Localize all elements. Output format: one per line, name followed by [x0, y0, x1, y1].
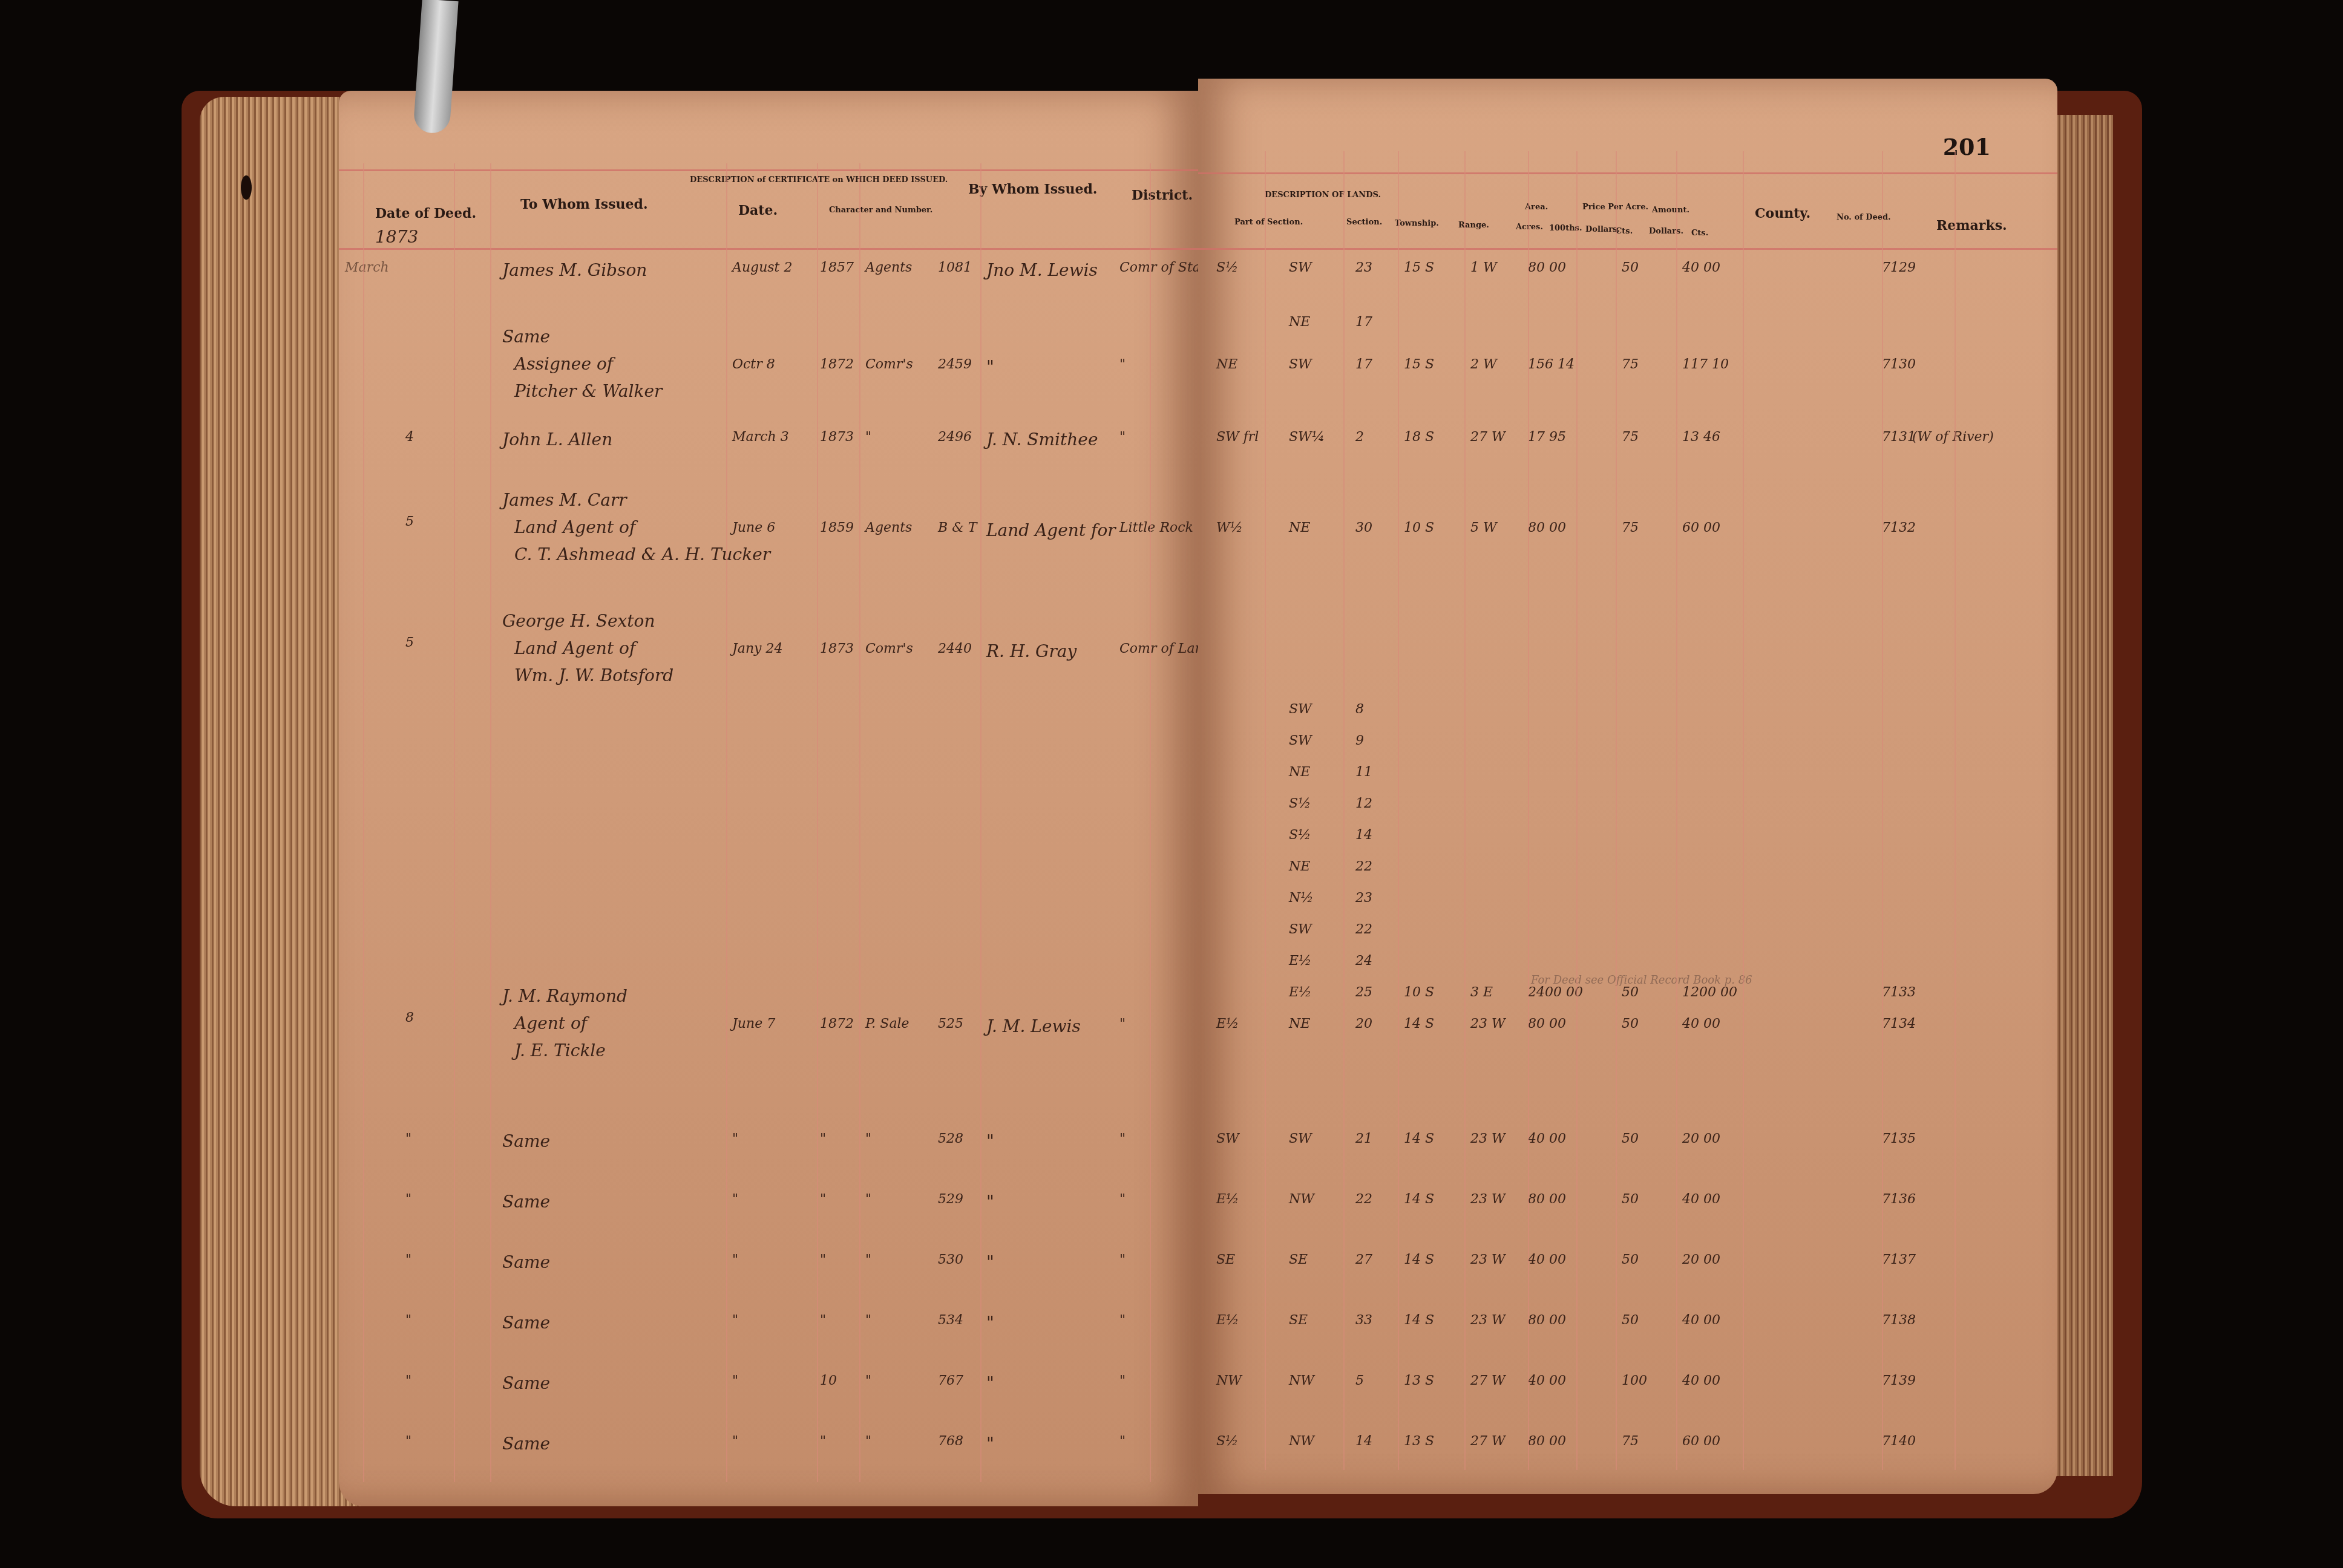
entry-cert-character: " — [865, 1252, 871, 1267]
land-quarter: NE — [1289, 859, 1310, 874]
entry-issued-by: Jno M. Lewis — [986, 260, 1098, 280]
entry-issued-by: " — [986, 1252, 994, 1272]
land-township: 15 S — [1404, 260, 1434, 275]
entry-cert-character: P. Sale — [865, 1016, 909, 1031]
left-page: Date of Deed. To Whom Issued. DESCRIPTIO… — [339, 91, 1198, 1506]
land-quarter: E½ — [1289, 953, 1311, 969]
land-township: 10 S — [1404, 520, 1434, 535]
land-section: 22 — [1355, 922, 1372, 937]
entry-cert-date: " — [732, 1373, 738, 1388]
col-header-certificate-group: DESCRIPTION of CERTIFICATE on WHICH DEED… — [690, 175, 948, 185]
land-township: 14 S — [1404, 1131, 1434, 1146]
land-acres: 40 00 — [1528, 1373, 1566, 1388]
entry-cert-number: 534 — [938, 1313, 963, 1328]
land-acres: 2400 00 — [1528, 985, 1583, 1000]
entry-issued-by: J. M. Lewis — [986, 1016, 1081, 1036]
col-header-cert-character: Character and Number. — [829, 206, 932, 215]
entry-cert-year: 1873 — [820, 430, 854, 445]
land-range: 27 W — [1470, 1373, 1506, 1388]
land-township: 14 S — [1404, 1252, 1434, 1267]
entry-grantee: George H. Sexton — [502, 611, 655, 631]
entry-grantee: Land Agent of — [514, 517, 635, 537]
deed-number: 7139 — [1882, 1373, 1916, 1388]
column-rule — [454, 163, 455, 1482]
land-section: 17 — [1355, 357, 1372, 372]
column-rule — [1398, 151, 1399, 1470]
entry-grantee: J. M. Raymond — [502, 986, 628, 1006]
entry-grantee: Pitcher & Walker — [514, 381, 662, 401]
header-rule-top — [339, 169, 1198, 171]
entry-grantee: James M. Gibson — [502, 260, 647, 280]
entry-district: Little Rock — [1119, 520, 1193, 535]
land-acres: 80 00 — [1528, 1192, 1566, 1207]
entry-district: " — [1119, 1016, 1126, 1031]
entry-grantee: C. T. Ashmead & A. H. Tucker — [514, 544, 770, 564]
entry-cert-date: " — [732, 1313, 738, 1328]
entry-day: 8 — [405, 1010, 414, 1025]
land-quarter: SE — [1289, 1252, 1308, 1267]
land-section: 25 — [1355, 985, 1372, 1000]
land-acres: 80 00 — [1528, 1016, 1566, 1031]
land-section: 30 — [1355, 520, 1372, 535]
land-part-of-section: SW frl — [1216, 430, 1259, 445]
land-part-of-section: S½ — [1216, 260, 1238, 275]
land-amount: 20 00 — [1682, 1131, 1720, 1146]
entry-grantee: John L. Allen — [502, 430, 612, 449]
month-label: March — [345, 260, 389, 275]
col-header-to-whom-issued: To Whom Issued. — [520, 197, 648, 212]
entry-day: " — [405, 1131, 411, 1146]
land-price: 50 — [1622, 1131, 1639, 1146]
entry-cert-number: 2459 — [938, 357, 972, 372]
land-range: 23 W — [1470, 1192, 1506, 1207]
land-amount: 1200 00 — [1682, 985, 1737, 1000]
entry-issued-by: R. H. Gray — [986, 641, 1076, 661]
entry-grantee: Same — [502, 1313, 550, 1333]
entry-cert-date: Jany 24 — [732, 641, 783, 656]
land-township: 10 S — [1404, 985, 1434, 1000]
entry-cert-date: " — [732, 1192, 738, 1207]
deed-number: 7135 — [1882, 1131, 1916, 1146]
deed-number: 7133 — [1882, 985, 1916, 1000]
land-section: 20 — [1355, 1016, 1372, 1031]
entry-issued-by: " — [986, 1313, 994, 1333]
land-section: 8 — [1355, 702, 1364, 717]
land-amount: 20 00 — [1682, 1252, 1720, 1267]
entry-issued-by: " — [986, 357, 994, 377]
land-section: 11 — [1355, 765, 1372, 780]
column-rule — [363, 163, 364, 1482]
entry-cert-date: " — [732, 1252, 738, 1267]
entry-cert-year: " — [820, 1313, 826, 1328]
entry-cert-date: Octr 8 — [732, 357, 775, 372]
entry-issued-by: " — [986, 1434, 994, 1454]
entry-day: " — [405, 1434, 411, 1449]
land-quarter: E½ — [1289, 985, 1311, 1000]
land-section: 17 — [1355, 315, 1372, 330]
land-acres: 80 00 — [1528, 1313, 1566, 1328]
header-rule-bottom — [339, 248, 1198, 250]
entry-cert-character: Agents — [865, 260, 912, 275]
land-price: 75 — [1622, 1434, 1639, 1449]
land-quarter: S½ — [1289, 796, 1311, 811]
col-header-amount-dollars: Dollars. — [1649, 227, 1683, 236]
year-label: 1873 — [375, 227, 418, 247]
entry-district: " — [1119, 1252, 1126, 1267]
column-rule — [1343, 151, 1345, 1470]
land-section: 21 — [1355, 1131, 1372, 1146]
entry-cert-character: Comr's — [865, 357, 913, 372]
land-amount: 40 00 — [1682, 1192, 1720, 1207]
land-quarter: NW — [1289, 1434, 1314, 1449]
land-acres: 156 14 — [1528, 357, 1575, 372]
land-section: 22 — [1355, 859, 1372, 874]
land-section: 14 — [1355, 828, 1372, 843]
entry-cert-year: 1857 — [820, 260, 854, 275]
entry-issued-by: J. N. Smithee — [986, 430, 1098, 449]
entry-cert-character: " — [865, 1192, 871, 1207]
entry-cert-character: Agents — [865, 520, 912, 535]
land-price: 75 — [1622, 520, 1639, 535]
entry-grantee: Land Agent of — [514, 638, 635, 658]
land-part-of-section: NW — [1216, 1373, 1242, 1388]
entry-district: " — [1119, 1192, 1126, 1207]
entry-cert-year: 1872 — [820, 1016, 854, 1031]
entry-district: " — [1119, 1313, 1126, 1328]
entry-cert-year: " — [820, 1192, 826, 1207]
entry-district: " — [1119, 1373, 1126, 1388]
col-header-county: County. — [1755, 206, 1810, 221]
land-quarter: SW¼ — [1289, 430, 1325, 445]
land-amount: 117 10 — [1682, 357, 1729, 372]
land-township: 14 S — [1404, 1016, 1434, 1031]
land-section: 23 — [1355, 890, 1372, 906]
entry-cert-year: 1859 — [820, 520, 854, 535]
col-header-date-of-deed: Date of Deed. — [375, 206, 476, 221]
deed-number: 7130 — [1882, 357, 1916, 372]
entry-cert-number: 767 — [938, 1373, 963, 1388]
entry-day: 5 — [405, 635, 414, 650]
entry-cert-year: 10 — [820, 1373, 837, 1388]
column-rule — [859, 163, 860, 1482]
land-amount: 60 00 — [1682, 1434, 1720, 1449]
entry-cert-number: 2496 — [938, 430, 972, 445]
entry-cert-date: " — [732, 1131, 738, 1146]
land-section: 33 — [1355, 1313, 1372, 1328]
land-part-of-section: W½ — [1216, 520, 1243, 535]
column-rule — [1150, 163, 1151, 1482]
land-range: 1 W — [1470, 260, 1497, 275]
entry-day: " — [405, 1373, 411, 1388]
entry-district: " — [1119, 357, 1126, 372]
column-rule — [726, 163, 727, 1482]
land-township: 13 S — [1404, 1373, 1434, 1388]
entry-issued-by: " — [986, 1131, 994, 1151]
land-part-of-section: S½ — [1216, 1434, 1238, 1449]
land-price: 100 — [1622, 1373, 1647, 1388]
entry-grantee: Same — [502, 327, 550, 347]
land-part-of-section: E½ — [1216, 1192, 1239, 1207]
entry-cert-year: " — [820, 1131, 826, 1146]
column-rule — [1464, 151, 1466, 1470]
col-header-amount-cents: Cts. — [1691, 229, 1708, 238]
land-price: 50 — [1622, 1192, 1639, 1207]
deed-number: 7140 — [1882, 1434, 1916, 1449]
column-rule — [817, 163, 818, 1482]
column-rule — [1528, 151, 1529, 1470]
land-part-of-section: E½ — [1216, 1016, 1239, 1031]
entry-day: 4 — [405, 430, 414, 445]
entry-grantee: James M. Carr — [502, 490, 627, 510]
land-amount: 13 46 — [1682, 430, 1720, 445]
land-quarter: NE — [1289, 1016, 1310, 1031]
entry-cert-character: " — [865, 1434, 871, 1449]
land-acres: 80 00 — [1528, 520, 1566, 535]
column-rule — [1882, 151, 1883, 1470]
entry-district: " — [1119, 430, 1126, 445]
land-price: 75 — [1622, 430, 1639, 445]
land-section: 23 — [1355, 260, 1372, 275]
land-part-of-section: SE — [1216, 1252, 1235, 1267]
land-range: 23 W — [1470, 1313, 1506, 1328]
land-section: 27 — [1355, 1252, 1372, 1267]
land-acres: 40 00 — [1528, 1131, 1566, 1146]
col-header-remarks: Remarks. — [1936, 218, 2007, 234]
land-quarter: NE — [1289, 520, 1310, 535]
entry-grantee: Wm. J. W. Botsford — [514, 665, 673, 685]
land-section: 12 — [1355, 796, 1372, 811]
land-quarter: NE — [1289, 765, 1310, 780]
entry-cert-character: Comr's — [865, 641, 913, 656]
deed-number: 7131 — [1882, 430, 1916, 445]
col-header-by-whom-issued: By Whom Issued. — [968, 181, 1097, 197]
land-quarter: NW — [1289, 1373, 1314, 1388]
land-township: 14 S — [1404, 1313, 1434, 1328]
land-section: 24 — [1355, 953, 1372, 969]
land-section: 9 — [1355, 733, 1364, 748]
entry-cert-date: August 2 — [732, 260, 792, 275]
entry-day: " — [405, 1192, 411, 1207]
land-amount: 40 00 — [1682, 1313, 1720, 1328]
entry-remarks: (W of River) — [1912, 430, 1994, 445]
land-quarter: N½ — [1289, 890, 1314, 906]
entry-cert-date: June 6 — [732, 520, 775, 535]
col-header-district: District. — [1132, 188, 1193, 203]
land-quarter: SW — [1289, 1131, 1312, 1146]
land-range: 27 W — [1470, 1434, 1506, 1449]
entry-day: " — [405, 1313, 411, 1328]
land-quarter: SW — [1289, 357, 1312, 372]
column-rule — [490, 163, 491, 1482]
entry-district: " — [1119, 1434, 1126, 1449]
land-range: 27 W — [1470, 430, 1506, 445]
land-quarter: S½ — [1289, 828, 1311, 843]
land-acres: 17 95 — [1528, 430, 1566, 445]
entry-grantee: Same — [502, 1192, 550, 1212]
column-rule — [1676, 151, 1677, 1470]
land-acres: 80 00 — [1528, 1434, 1566, 1449]
column-rule — [1955, 151, 1956, 1470]
deed-number: 7129 — [1882, 260, 1916, 275]
land-price: 50 — [1622, 1016, 1639, 1031]
land-part-of-section: SW — [1216, 1131, 1239, 1146]
entry-day: 5 — [405, 514, 414, 529]
deed-number: 7138 — [1882, 1313, 1916, 1328]
land-section: 22 — [1355, 1192, 1372, 1207]
column-rule — [980, 163, 981, 1482]
entry-grantee: Same — [502, 1373, 550, 1393]
entry-district: " — [1119, 1131, 1126, 1146]
land-quarter: SW — [1289, 702, 1312, 717]
col-header-range: Range. — [1458, 221, 1489, 230]
header-rule-bottom — [1198, 248, 2057, 250]
page-number: 201 — [1943, 133, 1991, 160]
entry-grantee: Agent of — [514, 1013, 587, 1033]
land-range: 5 W — [1470, 520, 1497, 535]
land-section: 5 — [1355, 1373, 1364, 1388]
entry-cert-date: " — [732, 1434, 738, 1449]
col-header-section: Section. — [1346, 218, 1382, 227]
land-part-of-section: NE — [1216, 357, 1237, 372]
bookmark-tab — [241, 175, 252, 200]
land-amount: 40 00 — [1682, 1016, 1720, 1031]
deed-number: 7134 — [1882, 1016, 1916, 1031]
entry-cert-year: " — [820, 1434, 826, 1449]
land-quarter: NE — [1289, 315, 1310, 330]
entry-cert-year: 1873 — [820, 641, 854, 656]
land-section: 2 — [1355, 430, 1364, 445]
land-amount: 60 00 — [1682, 520, 1720, 535]
entry-cert-character: " — [865, 1373, 871, 1388]
entry-cert-number: 1081 — [938, 260, 972, 275]
land-quarter: SW — [1289, 260, 1312, 275]
land-part-of-section: E½ — [1216, 1313, 1239, 1328]
column-rule — [1265, 151, 1266, 1470]
land-quarter: SW — [1289, 733, 1312, 748]
land-township: 18 S — [1404, 430, 1434, 445]
column-rule — [1616, 151, 1617, 1470]
entry-cert-date: March 3 — [732, 430, 789, 445]
entry-cert-number: 2440 — [938, 641, 972, 656]
record-annotation: For Deed see Official Record Book p. 86 — [1531, 974, 1752, 987]
entry-grantee: Same — [502, 1434, 550, 1454]
entry-cert-character: " — [865, 1313, 871, 1328]
entry-cert-character: " — [865, 430, 871, 445]
entry-cert-number: 529 — [938, 1192, 963, 1207]
deed-number: 7137 — [1882, 1252, 1916, 1267]
col-header-price-cents: Cts. — [1616, 227, 1633, 236]
entry-cert-number: B & T — [938, 520, 977, 535]
land-price: 75 — [1622, 357, 1639, 372]
land-price: 50 — [1622, 260, 1639, 275]
deed-number: 7136 — [1882, 1192, 1916, 1207]
deed-number: 7132 — [1882, 520, 1916, 535]
col-header-township: Township. — [1395, 219, 1439, 228]
land-acres: 80 00 — [1528, 260, 1566, 275]
entry-grantee: J. E. Tickle — [514, 1040, 606, 1060]
land-range: 2 W — [1470, 357, 1497, 372]
entry-issued-by: " — [986, 1192, 994, 1212]
land-amount: 40 00 — [1682, 1373, 1720, 1388]
entry-cert-number: 768 — [938, 1434, 963, 1449]
column-rule — [1743, 151, 1744, 1470]
entry-cert-number: 530 — [938, 1252, 963, 1267]
col-header-cert-date: Date. — [738, 203, 778, 218]
land-township: 13 S — [1404, 1434, 1434, 1449]
right-page: 201 DESCRIPTION OF LANDS. Part of Sectio… — [1198, 79, 2057, 1494]
column-rule — [1576, 151, 1578, 1470]
land-township: 14 S — [1404, 1192, 1434, 1207]
land-price: 50 — [1622, 985, 1639, 1000]
land-range: 23 W — [1470, 1016, 1506, 1031]
land-amount: 40 00 — [1682, 260, 1720, 275]
col-header-part-of-section: Part of Section. — [1234, 218, 1303, 227]
entry-issued-by: Land Agent for — [986, 520, 1116, 540]
entry-cert-number: 528 — [938, 1131, 963, 1146]
land-township: 15 S — [1404, 357, 1434, 372]
entry-grantee: Same — [502, 1252, 550, 1272]
col-header-acres: Acres. — [1516, 223, 1543, 232]
col-header-lands-group: DESCRIPTION OF LANDS. — [1265, 191, 1381, 200]
land-range: 23 W — [1470, 1252, 1506, 1267]
land-acres: 40 00 — [1528, 1252, 1566, 1267]
col-header-amount-group: Amount. — [1652, 206, 1689, 215]
land-price: 50 — [1622, 1252, 1639, 1267]
entry-cert-year: " — [820, 1252, 826, 1267]
land-range: 23 W — [1470, 1131, 1506, 1146]
entry-grantee: Assignee of — [514, 354, 613, 374]
entry-issued-by: " — [986, 1373, 994, 1393]
entry-cert-character: " — [865, 1131, 871, 1146]
entry-day: " — [405, 1252, 411, 1267]
col-header-price-dollars: Dollars. — [1585, 225, 1620, 234]
land-price: 50 — [1622, 1313, 1639, 1328]
entry-cert-number: 525 — [938, 1016, 963, 1031]
entry-cert-year: 1872 — [820, 357, 854, 372]
land-quarter: NW — [1289, 1192, 1314, 1207]
entry-cert-date: June 7 — [732, 1016, 775, 1031]
land-section: 14 — [1355, 1434, 1372, 1449]
header-rule-top — [1198, 172, 2057, 174]
entry-grantee: Same — [502, 1131, 550, 1151]
land-quarter: SE — [1289, 1313, 1308, 1328]
land-quarter: SW — [1289, 922, 1312, 937]
land-range: 3 E — [1470, 985, 1493, 1000]
